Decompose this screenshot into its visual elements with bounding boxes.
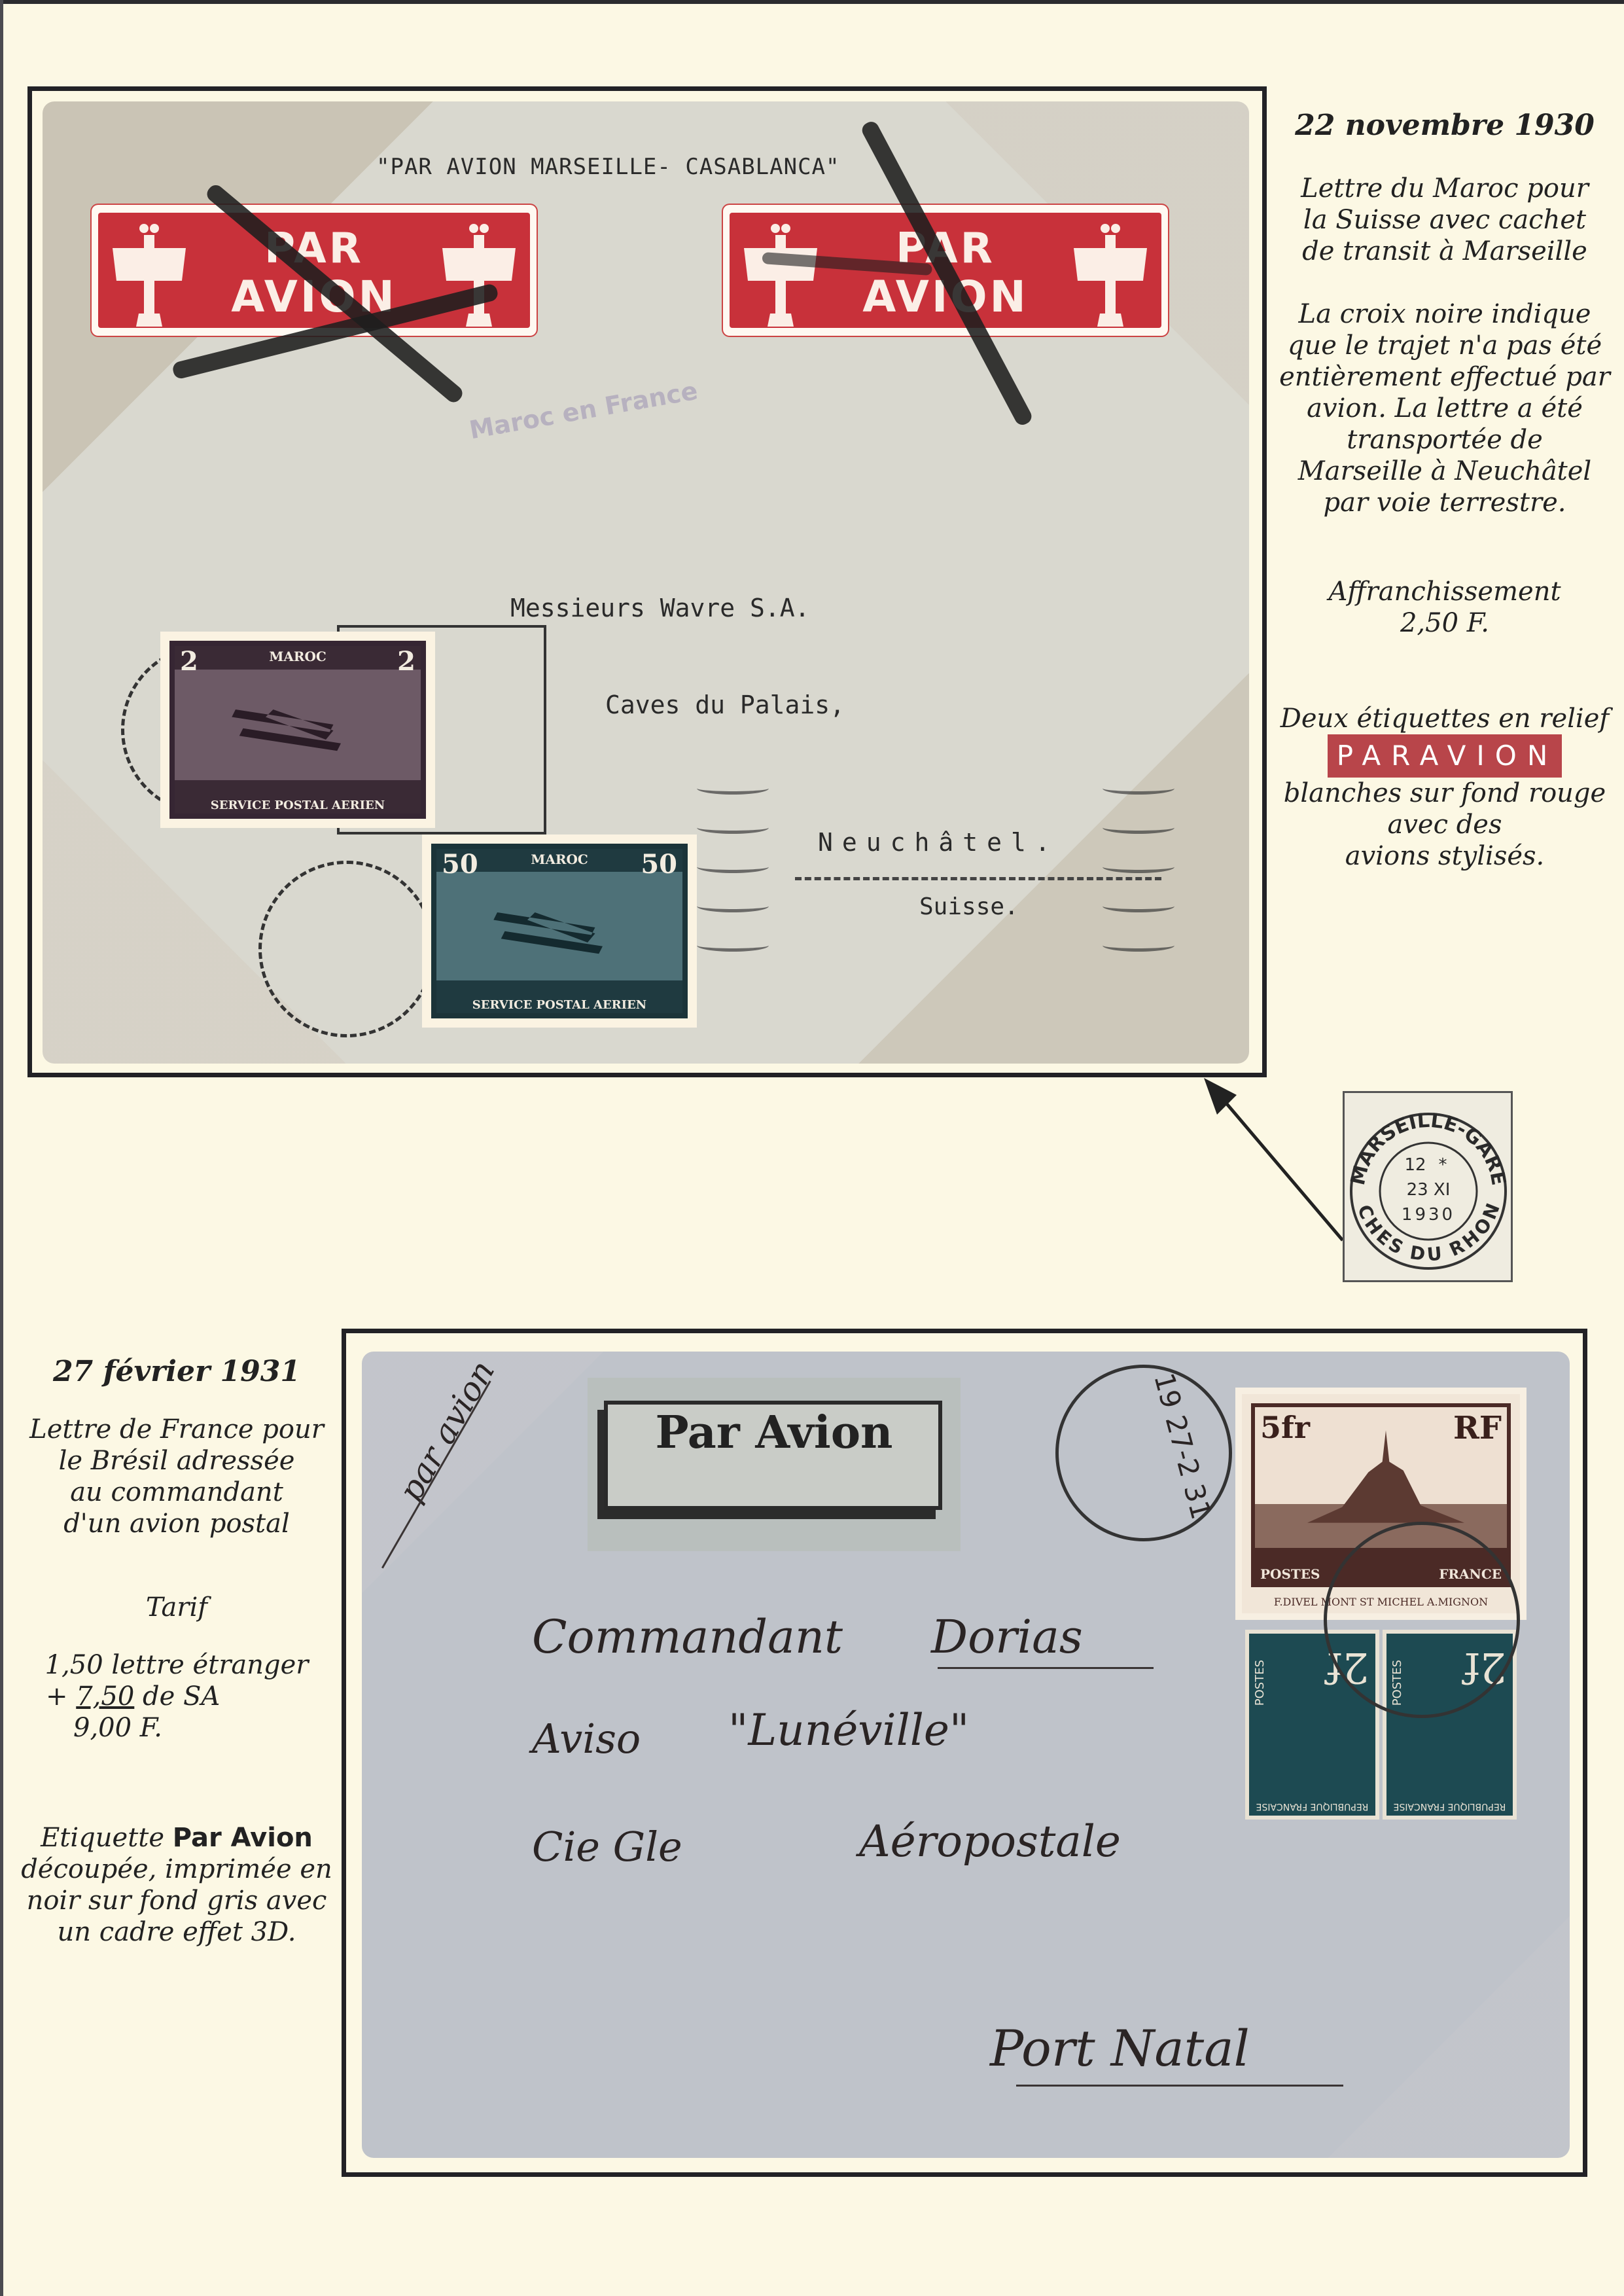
biplane-icon: [482, 888, 633, 967]
note-line: Lettre du Maroc pour: [1275, 173, 1615, 204]
handwritten-address-line-3b: Aéropostale: [859, 1816, 1121, 1867]
address-line-4: Suisse.: [919, 893, 1019, 920]
tarif-sa-label: de SA: [134, 1681, 220, 1712]
cover-1-date: 22 novembre 1930: [1275, 110, 1615, 141]
stamp-caption: REPUBLIQUE FRANCAISE: [1249, 1801, 1375, 1812]
machine-cancel-wave: [697, 782, 769, 795]
note-par-avion-bold: Par Avion: [173, 1823, 313, 1853]
machine-cancel-wave: [1103, 861, 1174, 873]
note-etiquette: Etiquette: [41, 1823, 173, 1853]
address-dashed-rule: [795, 877, 1161, 880]
tarif-title: Tarif: [13, 1592, 340, 1623]
note-line: Deux étiquettes en relief: [1275, 703, 1615, 734]
machine-cancel-wave: [1103, 900, 1174, 912]
handwritten-rule: [1016, 2085, 1343, 2087]
note-line: de transit à Marseille: [1275, 236, 1615, 267]
inset-year: 1930: [1402, 1205, 1455, 1225]
note-line: Affranchissement: [1275, 576, 1615, 607]
page-left-edge: [0, 0, 3, 2296]
note-line: avion. La lettre a été: [1275, 393, 1615, 424]
tarif-line-1: 1,50 lettre étranger: [13, 1649, 340, 1681]
page-top-edge: [0, 0, 1624, 4]
stamp-country: MAROC: [436, 852, 682, 867]
cover-1-frame: "PAR AVION MARSEILLE- CASABLANCA" PAR AV…: [27, 86, 1267, 1077]
note-line: avec des: [1275, 809, 1615, 840]
note-line: entièrement effectué par: [1275, 361, 1615, 393]
note-line: d'un avion postal: [13, 1508, 340, 1539]
note-line: noir sur fond gris avec: [13, 1885, 340, 1916]
mont-st-michel-icon: [1294, 1427, 1477, 1532]
postmark-icon: MARSEILLE-GARE BCHES DU RHONE 12 * 23 XI…: [1345, 1093, 1511, 1280]
note-line: le Brésil adressée: [13, 1445, 340, 1477]
arrow-icon: [1197, 1077, 1354, 1247]
machine-cancel-wave: [1103, 821, 1174, 834]
stamp-maroc-50c: 50 50 MAROC SERVICE POSTAL AERIEN: [422, 834, 697, 1028]
stamp-country: MAROC: [175, 649, 421, 664]
postage-amount: 2,50 F.: [1275, 607, 1615, 639]
address-line-1: Messieurs Wavre S.A.: [510, 594, 810, 622]
par-avion-gray-label: Par Avion: [588, 1378, 961, 1551]
note-line: Marseille à Neuchâtel: [1275, 456, 1615, 487]
handwritten-address-line-2a: Aviso: [532, 1715, 641, 1763]
handwritten-diagonal-rule: [381, 1380, 491, 1568]
note-line: que le trajet n'a pas été: [1275, 330, 1615, 361]
tarif-plus: +: [46, 1681, 76, 1712]
stamp-postes: POSTES: [1253, 1660, 1267, 1706]
address-line-3: Neuchâtel.: [818, 828, 1059, 857]
machine-cancel-wave: [697, 900, 769, 912]
handwritten-rule: [938, 1667, 1154, 1669]
handwritten-address-line-1a: Commandant: [532, 1610, 843, 1664]
stamp-caption: SERVICE POSTAL AERIEN: [175, 798, 421, 812]
marseille-postmark-inset: MARSEILLE-GARE BCHES DU RHONE 12 * 23 XI…: [1343, 1091, 1513, 1282]
note-line: un cadre effet 3D.: [13, 1916, 340, 1948]
machine-cancel-wave: [697, 939, 769, 952]
inset-date: 23 XI: [1407, 1180, 1451, 1200]
note-line: la Suisse avec cachet: [1275, 204, 1615, 236]
note-line: avions stylisés.: [1275, 840, 1615, 872]
stylized-plane-icon: [440, 222, 518, 333]
casablanca-postmark: [258, 861, 435, 1037]
label-text: Par Avion: [588, 1407, 961, 1459]
machine-cancel-wave: [1103, 782, 1174, 795]
stylized-plane-icon: [1071, 222, 1150, 333]
machine-cancel-wave: [697, 861, 769, 873]
tarif-airmail-surcharge: 7,50: [76, 1681, 134, 1712]
cover-2-frame: par avion Par Avion 19 27-2 31 5fr RF PO…: [342, 1329, 1587, 2177]
paravion-badge: PARAVION: [1328, 734, 1562, 778]
note-line: blanches sur fond rouge: [1275, 778, 1615, 809]
cover-2-notes: 27 février 1931 Lettre de France pour le…: [13, 1356, 340, 1948]
note-line: au commandant: [13, 1477, 340, 1508]
machine-cancel-wave: [697, 821, 769, 834]
inset-time: 12: [1404, 1155, 1426, 1175]
stamp-maroc-2fr: 2 2 MAROC SERVICE POSTAL AERIEN: [160, 632, 435, 828]
handwritten-address-line-1b: Dorias: [931, 1610, 1083, 1664]
note-line: La croix noire indique: [1275, 298, 1615, 330]
note-line: par voie terrestre.: [1275, 487, 1615, 518]
inset-outer-top: MARSEILLE-GARE: [1347, 1109, 1510, 1187]
biplane-icon: [221, 685, 371, 764]
handwritten-address-line-2b: "Lunéville": [728, 1705, 969, 1755]
svg-text:MARSEILLE-GARE: MARSEILLE-GARE: [1347, 1109, 1510, 1187]
handwritten-par-avion: par avion: [391, 1354, 502, 1508]
note-line: Lettre de France pour: [13, 1414, 340, 1445]
handwritten-address-line-3a: Cie Gle: [532, 1823, 682, 1871]
stamp-caption: REPUBLIQUE FRANCAISE: [1386, 1801, 1513, 1812]
address-line-2: Caves du Palais,: [605, 691, 845, 719]
note-line: découpée, imprimée en: [13, 1854, 340, 1885]
cover-1-envelope: "PAR AVION MARSEILLE- CASABLANCA" PAR AV…: [43, 101, 1249, 1064]
stamp-caption: SERVICE POSTAL AERIEN: [436, 998, 682, 1012]
inset-star: *: [1439, 1155, 1447, 1175]
typed-route-header: "PAR AVION MARSEILLE- CASABLANCA": [376, 154, 840, 180]
violet-transit-cachet: Maroc en France: [467, 376, 700, 445]
note-line: transportée de: [1275, 424, 1615, 456]
tarif-total: 9,00 F.: [13, 1712, 340, 1744]
stamp-postes: POSTES: [1260, 1566, 1320, 1582]
machine-cancel-wave: [1103, 939, 1174, 952]
handwritten-address-line-4: Port Natal: [990, 2019, 1250, 2077]
nice-postmark-on-stamps: [1324, 1522, 1520, 1718]
cover-2-envelope: par avion Par Avion 19 27-2 31 5fr RF PO…: [362, 1352, 1570, 2158]
cover-2-date: 27 février 1931: [13, 1356, 340, 1388]
cover-1-notes: 22 novembre 1930 Lettre du Maroc pour la…: [1275, 110, 1615, 872]
